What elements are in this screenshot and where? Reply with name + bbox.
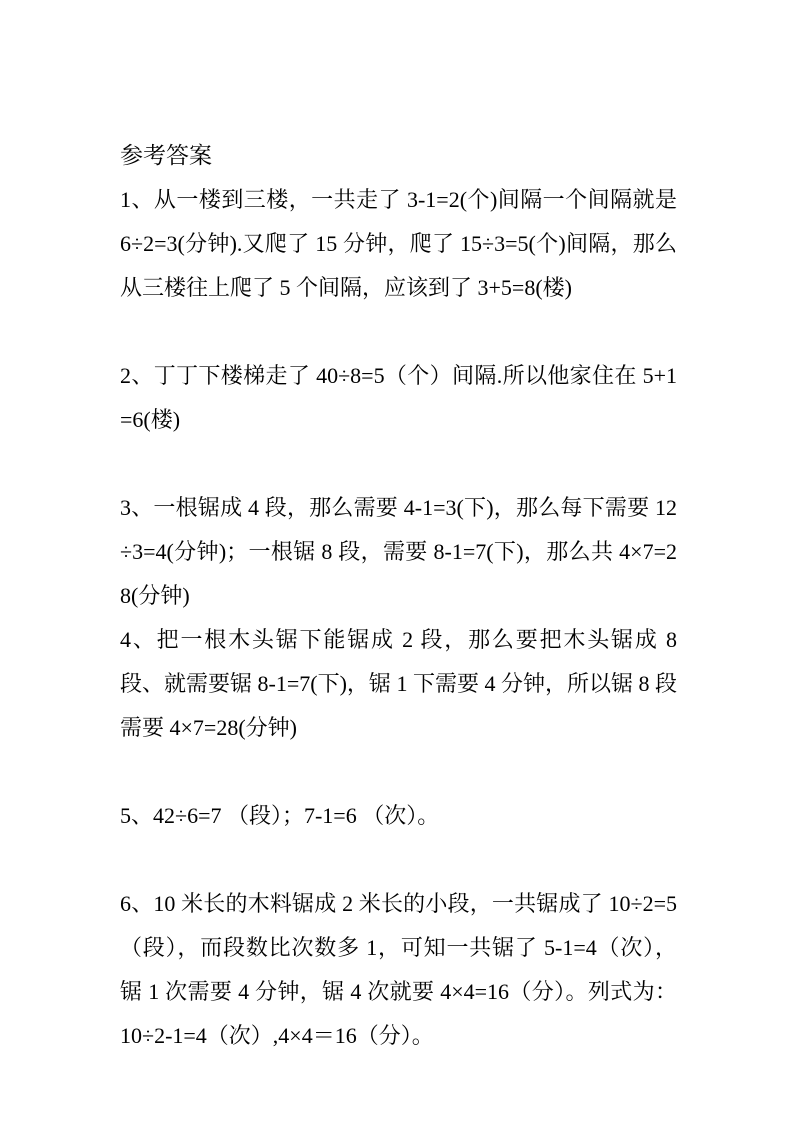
answer-paragraph-4: 4、把一根木头锯下能锯成 2 段，那么要把木头锯成 8 段、就需要锯 8-1=7… [120,618,677,750]
answer-paragraph-6: 6、10 米长的木料锯成 2 米长的小段，一共锯成了 10÷2=5（段），而段数… [120,882,677,1058]
answer-paragraph-3: 3、一根锯成 4 段，那么需要 4-1=3(下)，那么每下需要 12÷3=4(分… [120,486,677,618]
page-title: 参考答案 [120,134,677,178]
document-page: 参考答案 1、从一楼到三楼，一共走了 3-1=2(个)间隔一个间隔就是 6÷2=… [0,0,793,1122]
answer-paragraph-5: 5、42÷6=7 （段）；7-1=6 （次）。 [120,794,677,838]
answer-paragraph-1: 1、从一楼到三楼，一共走了 3-1=2(个)间隔一个间隔就是 6÷2=3(分钟)… [120,178,677,310]
answer-paragraph-2: 2、丁丁下楼梯走了 40÷8=5（个）间隔.所以他家住在 5+1=6(楼) [120,354,677,442]
